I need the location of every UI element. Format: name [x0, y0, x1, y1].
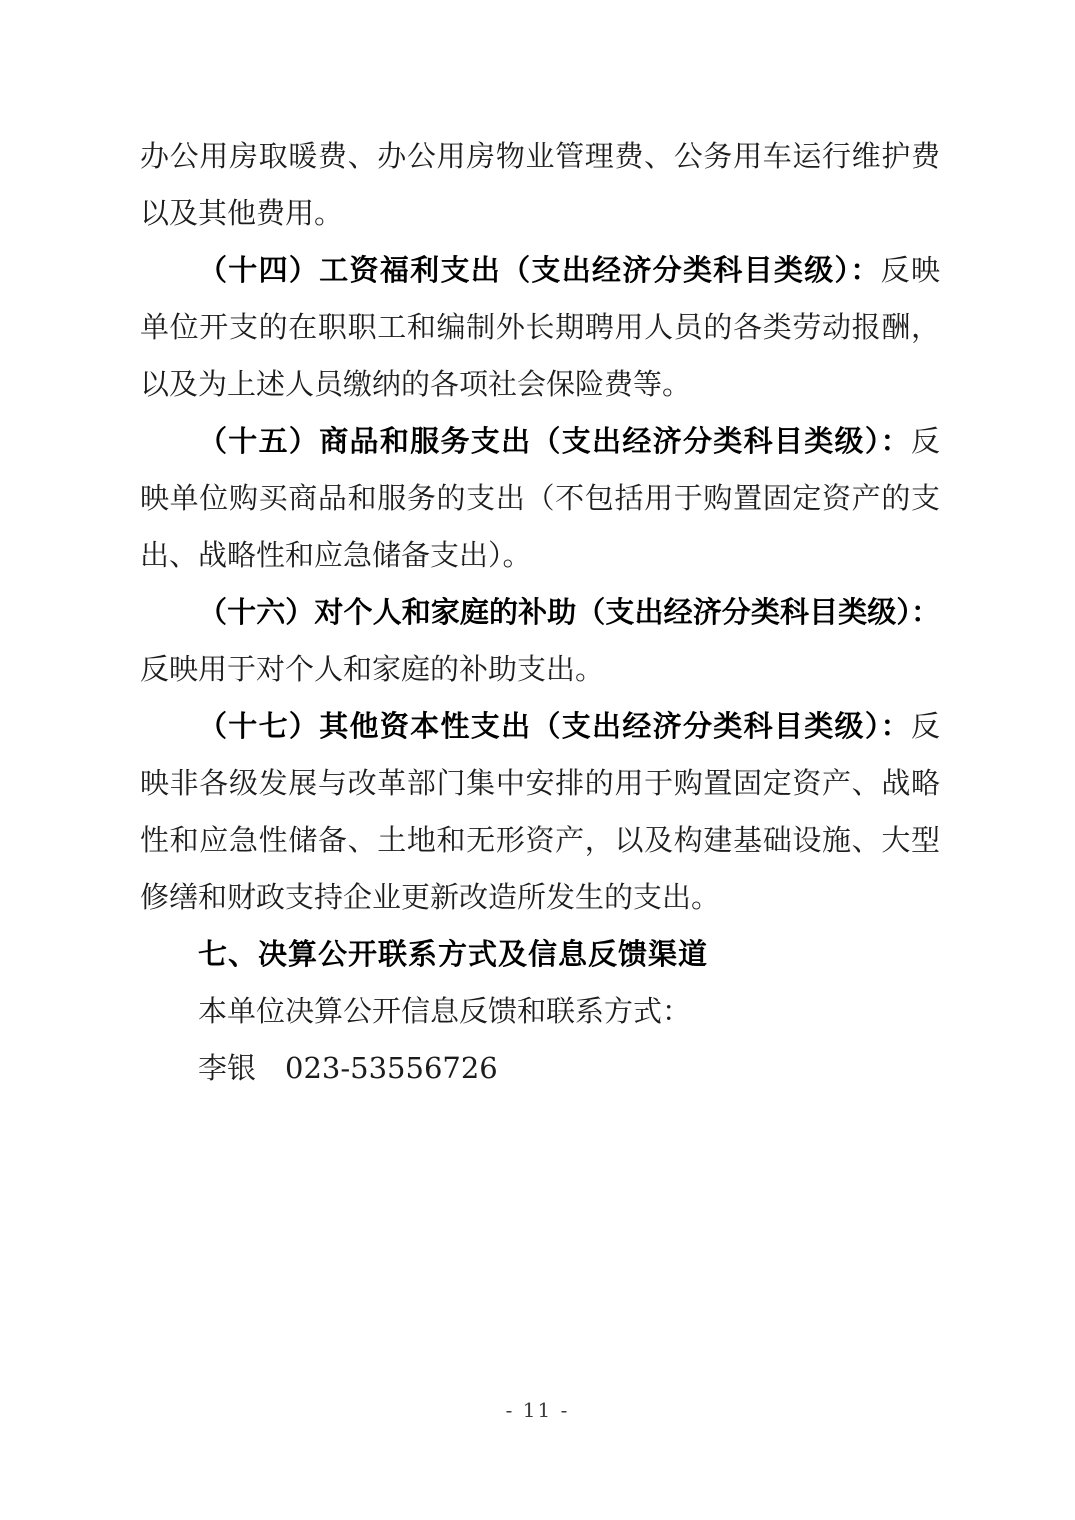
text-line: 反映用于对个人和家庭的补助支出。 [140, 641, 940, 698]
regular-run: 性和应急性储备、土地和无形资产，以及构建基础设施、大型 [140, 823, 940, 857]
regular-run: 反 [911, 424, 940, 458]
regular-run: 李银 023-53556726 [198, 1051, 498, 1085]
bold-run: （十七）其他资本性支出（支出经济分类科目类级）： [198, 709, 911, 743]
text-line: 单位开支的在职职工和编制外长期聘用人员的各类劳动报酬， [140, 299, 940, 356]
text-line: 性和应急性储备、土地和无形资产，以及构建基础设施、大型 [140, 812, 940, 869]
text-line: 映非各级发展与改革部门集中安排的用于购置固定资产、战略 [140, 755, 940, 812]
regular-run: 映非各级发展与改革部门集中安排的用于购置固定资产、战略 [140, 766, 940, 800]
regular-run: 反 [911, 709, 940, 743]
regular-run: 修缮和财政支持企业更新改造所发生的支出。 [140, 880, 720, 914]
section-17-heading-line: （十七）其他资本性支出（支出经济分类科目类级）：反 [140, 698, 940, 755]
text-line: 出、战略性和应急储备支出）。 [140, 527, 940, 584]
text-line: 办公用房取暖费、办公用房物业管理费、公务用车运行维护费 [140, 128, 940, 185]
contact-intro-line: 本单位决算公开信息反馈和联系方式： [140, 983, 940, 1040]
regular-run: 以及其他费用。 [140, 196, 343, 230]
bold-run: （十六）对个人和家庭的补助（支出经济分类科目类级）： [198, 595, 940, 629]
text-line: 映单位购买商品和服务的支出（不包括用于购置固定资产的支 [140, 470, 940, 527]
regular-run: 以及为上述人员缴纳的各项社会保险费等。 [140, 367, 691, 401]
section-7-heading: 七、决算公开联系方式及信息反馈渠道 [140, 926, 940, 983]
document-page: 办公用房取暖费、办公用房物业管理费、公务用车运行维护费 以及其他费用。 （十四）… [0, 0, 1075, 1520]
regular-run: 单位开支的在职职工和编制外长期聘用人员的各类劳动报酬， [140, 310, 940, 344]
regular-run: 反映 [881, 253, 940, 287]
section-16-heading-line: （十六）对个人和家庭的补助（支出经济分类科目类级）： [140, 584, 940, 641]
page-number: - 11 - [0, 1398, 1075, 1422]
regular-run: 出、战略性和应急储备支出）。 [140, 538, 532, 572]
bold-run: （十四）工资福利支出（支出经济分类科目类级）： [198, 253, 881, 287]
text-line: 修缮和财政支持企业更新改造所发生的支出。 [140, 869, 940, 926]
section-14-heading-line: （十四）工资福利支出（支出经济分类科目类级）：反映 [140, 242, 940, 299]
document-body: 办公用房取暖费、办公用房物业管理费、公务用车运行维护费 以及其他费用。 （十四）… [140, 128, 940, 1097]
text-line: 以及为上述人员缴纳的各项社会保险费等。 [140, 356, 940, 413]
regular-run: 办公用房取暖费、办公用房物业管理费、公务用车运行维护费 [140, 139, 940, 173]
bold-run: 七、决算公开联系方式及信息反馈渠道 [198, 939, 708, 971]
regular-run: 映单位购买商品和服务的支出（不包括用于购置固定资产的支 [140, 481, 940, 515]
regular-run: 反映用于对个人和家庭的补助支出。 [140, 652, 604, 686]
contact-info-line: 李银 023-53556726 [140, 1040, 940, 1097]
bold-run: （十五）商品和服务支出（支出经济分类科目类级）： [198, 424, 911, 458]
text-line: 以及其他费用。 [140, 185, 940, 242]
regular-run: 本单位决算公开信息反馈和联系方式： [198, 994, 691, 1028]
section-15-heading-line: （十五）商品和服务支出（支出经济分类科目类级）：反 [140, 413, 940, 470]
